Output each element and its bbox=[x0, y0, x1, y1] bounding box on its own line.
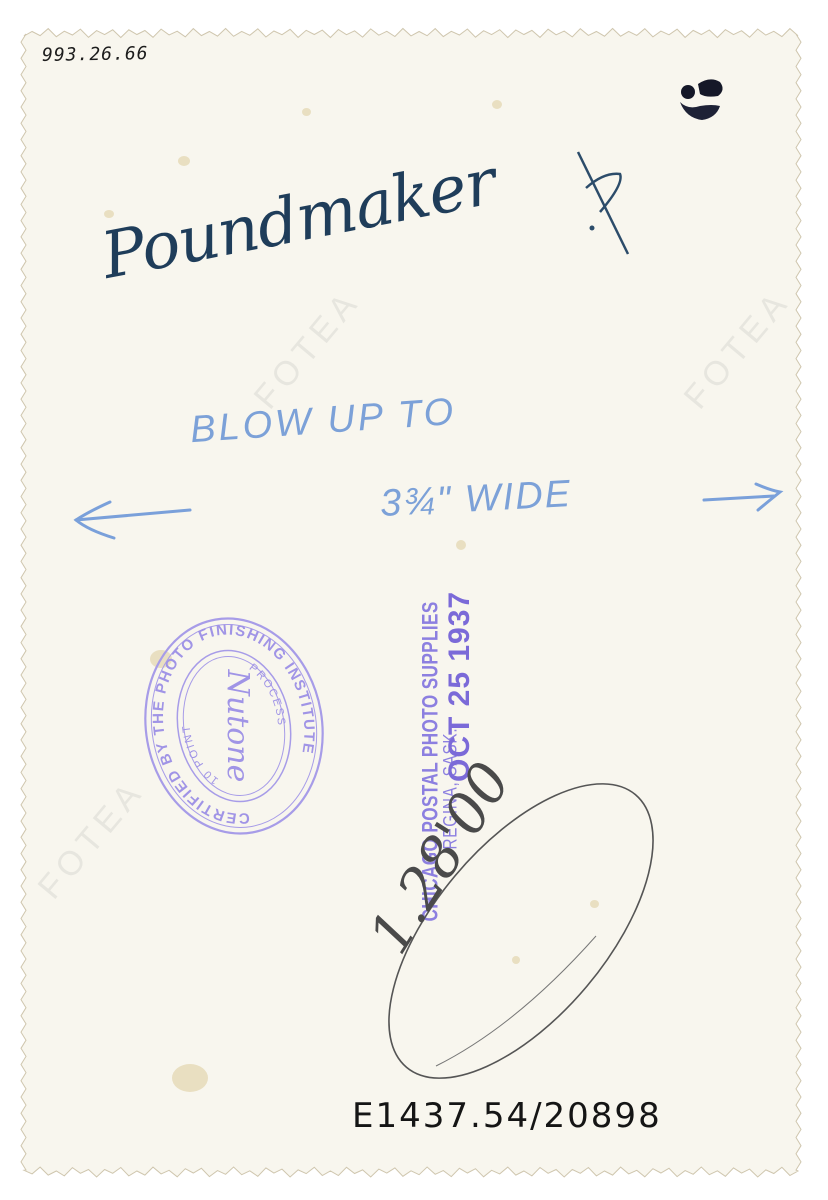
arrow-left-icon bbox=[70, 496, 200, 546]
enlargement-instruction-line1: BLOW UP TO bbox=[189, 391, 458, 452]
date-stamp: OCT 25 1937 bbox=[443, 582, 477, 782]
arrow-right-icon bbox=[700, 478, 790, 518]
stain bbox=[178, 156, 190, 166]
enlargement-instruction-line2: 3¾" WIDE bbox=[379, 473, 573, 526]
accession-number-bottom: E1437.54/20898 bbox=[352, 1096, 662, 1136]
seal-center-text: Nutone bbox=[220, 669, 255, 783]
watermark: FOTEA bbox=[247, 282, 369, 417]
ink-blot bbox=[676, 76, 728, 122]
photo-back: FOTEA FOTEA FOTEA 993.26.66 Poundmaker B… bbox=[0, 0, 828, 1200]
query-mark bbox=[572, 150, 642, 260]
stain bbox=[104, 210, 114, 218]
certification-seal-stamp: CERTIFIED BY THE PHOTO FINISHING INSTITU… bbox=[140, 612, 328, 840]
watermark: FOTEA bbox=[677, 282, 799, 417]
stain bbox=[172, 1064, 208, 1092]
stain bbox=[302, 108, 311, 116]
watermark: FOTEA bbox=[31, 772, 153, 907]
subject-name-inscription: Poundmaker bbox=[96, 145, 501, 294]
stain bbox=[492, 100, 502, 109]
accession-number-top: 993.26.66 bbox=[42, 43, 149, 66]
